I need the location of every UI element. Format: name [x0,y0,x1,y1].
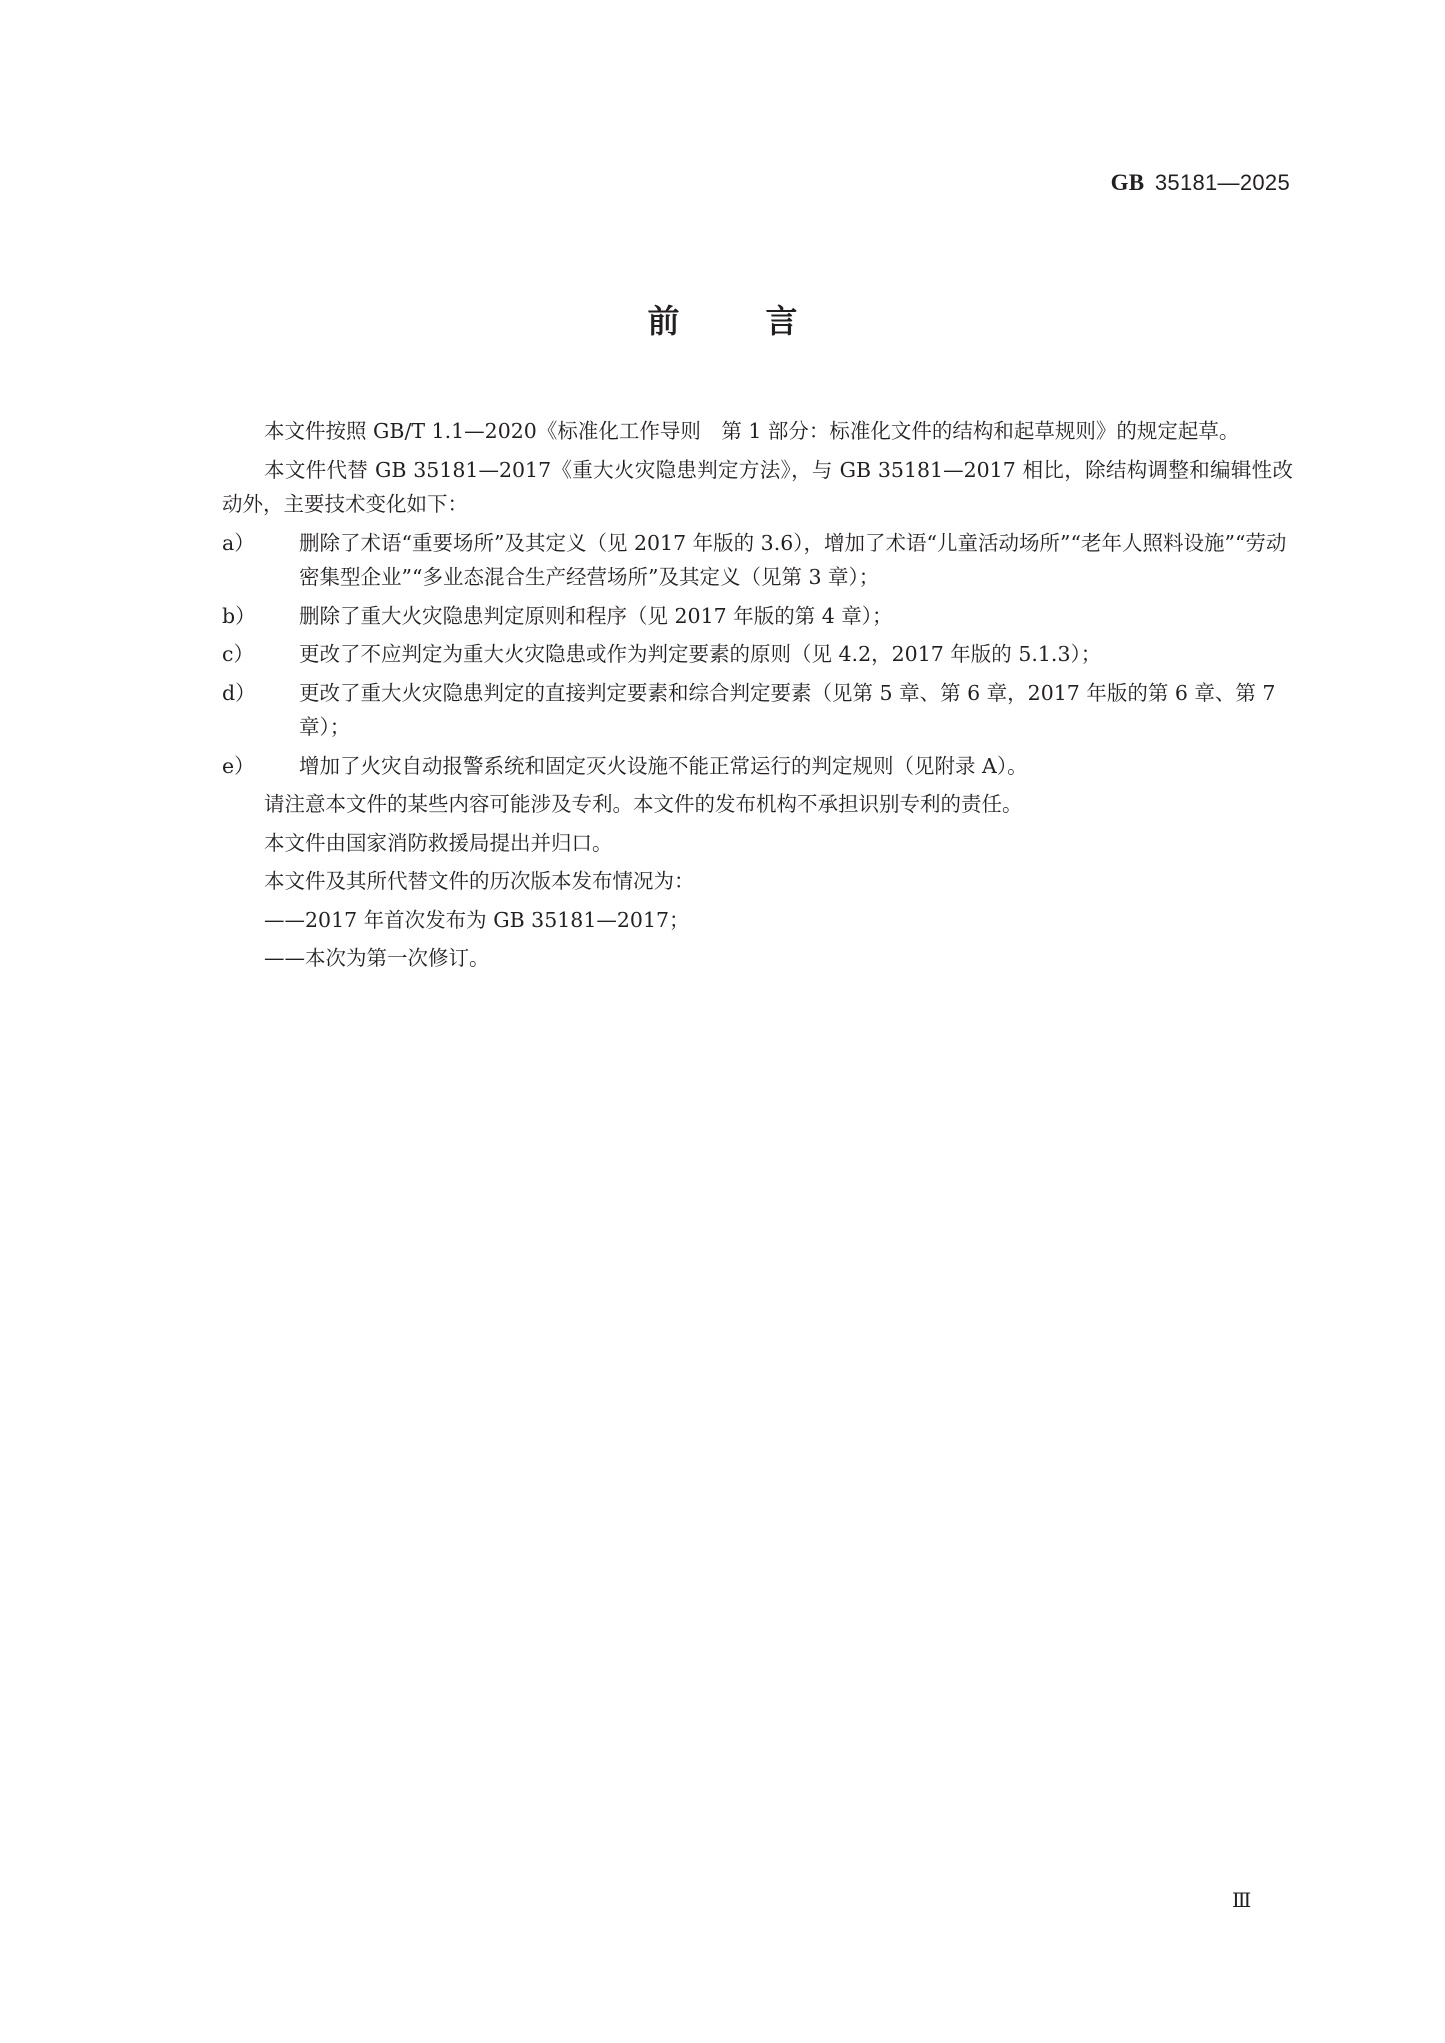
replacement-paragraph: 本文件代替 GB 35181—2017《重大火灾隐患判定方法》，与 GB 351… [222,453,1293,522]
list-item-text: 增加了火灾自动报警系统和固定灭火设施不能正常运行的判定规则（见附录 A）。 [264,749,1293,784]
drafting-rules-paragraph: 本文件按照 GB/T 1.1—2020《标准化工作导则 第 1 部分：标准化文件… [222,414,1293,449]
list-item-text: 更改了不应判定为重大火灾隐患或作为判定要素的原则（见 4.2，2017 年版的 … [264,637,1293,672]
history-intro-paragraph: 本文件及其所代替文件的历次版本发布情况为： [222,864,1293,899]
change-item-c: c） 更改了不应判定为重大火灾隐患或作为判定要素的原则（见 4.2，2017 年… [222,637,1293,672]
title-char-2: 言 [766,296,798,342]
standard-prefix: GB [1111,170,1145,195]
list-item-text: 删除了重大火灾隐患判定原则和程序（见 2017 年版的第 4 章）； [264,599,1293,634]
page-number: Ⅲ [1232,1888,1251,1912]
history-item-first-release: ——2017 年首次发布为 GB 35181—2017； [222,903,1293,938]
foreword-body: 本文件按照 GB/T 1.1—2020《标准化工作导则 第 1 部分：标准化文件… [222,414,1293,980]
change-item-a: a） 删除了术语“重要场所”及其定义（见 2017 年版的 3.6），增加了术语… [222,526,1293,595]
change-item-e: e） 增加了火灾自动报警系统和固定灭火设施不能正常运行的判定规则（见附录 A）。 [222,749,1293,784]
change-item-d: d） 更改了重大火灾隐患判定的直接判定要素和综合判定要素（见第 5 章、第 6 … [222,676,1293,745]
list-item-text: 更改了重大火灾隐患判定的直接判定要素和综合判定要素（见第 5 章、第 6 章，2… [264,676,1293,745]
list-marker: b） [222,599,256,634]
patent-notice-paragraph: 请注意本文件的某些内容可能涉及专利。本文件的发布机构不承担识别专利的责任。 [222,787,1293,822]
standard-number: 35181—2025 [1155,170,1290,195]
list-marker: c） [222,637,256,672]
history-item-revision: ——本次为第一次修订。 [222,941,1293,976]
list-marker: a） [222,526,256,561]
page-title: 前言 [0,296,1445,342]
list-item-text: 删除了术语“重要场所”及其定义（见 2017 年版的 3.6），增加了术语“儿童… [264,526,1293,595]
title-char-1: 前 [647,296,679,342]
change-item-b: b） 删除了重大火灾隐患判定原则和程序（见 2017 年版的第 4 章）； [222,599,1293,634]
list-marker: d） [222,676,256,711]
proposer-paragraph: 本文件由国家消防救援局提出并归口。 [222,826,1293,861]
list-marker: e） [222,749,256,784]
standard-code: GB 35181—2025 [1111,170,1290,196]
